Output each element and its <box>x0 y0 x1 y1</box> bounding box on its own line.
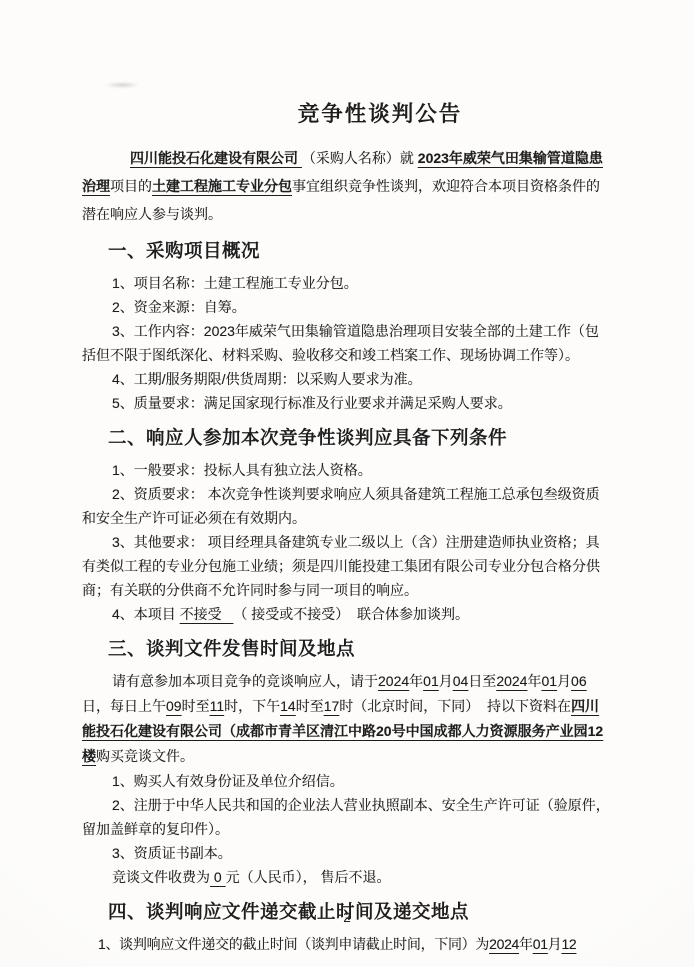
list-item: 2、注册于中华人民共和国的企业法人营业执照副本、安全生产许可证（验原件，留加盖鲜… <box>82 793 612 841</box>
text-run: 3、其他要求： 项目经理具备建筑专业二级以上（含）注册建造师执业资格；具有类似工… <box>82 534 600 598</box>
text-run: 1、项目名称：土建工程施工专业分包。 <box>112 275 358 291</box>
underlined-text: 2024 <box>496 673 527 689</box>
scan-smudge <box>104 82 140 88</box>
text-run: 时（北京时间，下同） 持以下资料在 <box>339 698 571 714</box>
page-number: 2 <box>0 910 694 925</box>
list-item: 2、资质要求： 本次竞争性谈判要求响应人须具备建筑工程施工总承包叁级资质和安全生… <box>82 482 612 530</box>
text-run: 3、资质证书副本。 <box>112 845 232 861</box>
underlined-text: 12 <box>561 936 576 952</box>
list-item: 1、谈判响应文件递交的截止时间（谈判申请截止时间，下同）为2024年01月12 <box>82 932 612 956</box>
text-run: 请有意参加本项目竞争的竞谈响应人，请于 <box>112 673 378 689</box>
text-run: 1、购买人有效身份证及单位介绍信。 <box>112 773 344 789</box>
list-item: 4、本项目 不接受 （ 接受或不接受） 联合体参加谈判。 <box>82 602 612 626</box>
intro-paragraph: 四川能投石化建设有限公司 （采购人名称）就 2023年威荣气田集输管道隐患治理项… <box>82 144 612 228</box>
text-run: 时，下午 <box>224 698 280 714</box>
underlined-text: 四川能投石化建设有限公司 <box>130 150 302 166</box>
text-run: 时至 <box>182 698 210 714</box>
underlined-text: 14 <box>280 698 296 714</box>
section-1-heading: 一、采购项目概况 <box>108 237 612 263</box>
text-run: 日，每日上午 <box>82 698 166 714</box>
list-item: 3、资质证书副本。 <box>82 841 612 865</box>
text-run: 年 <box>409 673 423 689</box>
text-run: 竞谈文件收费为 <box>112 869 210 885</box>
fee-line: 竞谈文件收费为 0 元（人民币）， 售后不退。 <box>82 865 612 889</box>
text-run: （ 接受或不接受） 联合体参加谈判。 <box>233 606 469 622</box>
text-run: 4、工期/服务期限/供货周期：以采购人要求为准。 <box>112 371 422 387</box>
document-page: 竞争性谈判公告 四川能投石化建设有限公司 （采购人名称）就 2023年威荣气田集… <box>0 0 694 967</box>
underlined-text: 09 <box>166 698 182 714</box>
underlined-text: 01 <box>541 673 557 689</box>
underlined-text: 06 <box>571 673 587 689</box>
underlined-text: 04 <box>453 673 469 689</box>
section-3-heading: 三、谈判文件发售时间及地点 <box>108 635 612 661</box>
text-run: 月 <box>557 673 571 689</box>
text-run: 年 <box>527 673 541 689</box>
underlined-text: 17 <box>324 698 340 714</box>
text-run: 时至 <box>296 698 324 714</box>
list-item: 1、一般要求：投标人具有独立法人资格。 <box>82 458 612 482</box>
document-title: 竞争性谈判公告 <box>115 97 645 128</box>
text-run: 2、资质要求： 本次竞争性谈判要求响应人须具备建筑工程施工总承包叁级资质和安全生… <box>82 486 600 526</box>
text-run: 5、质量要求：满足国家现行标准及行业要求并满足采购人要求。 <box>112 395 512 411</box>
underlined-text: 2024 <box>489 936 519 952</box>
paragraph: 请有意参加本项目竞争的竞谈响应人，请于2024年01月04日至2024年01月0… <box>82 669 612 769</box>
list-item: 2、资金来源：自筹。 <box>82 295 612 319</box>
underlined-text: 01 <box>533 936 548 952</box>
document-content: 竞争性谈判公告 四川能投石化建设有限公司 （采购人名称）就 2023年威荣气田集… <box>82 97 612 956</box>
text-run: 购买竞谈文件。 <box>96 748 194 764</box>
text-run: 1、谈判响应文件递交的截止时间（谈判申请截止时间，下同）为 <box>98 936 489 952</box>
list-item: 3、其他要求： 项目经理具备建筑专业二级以上（含）注册建造师执业资格；具有类似工… <box>82 530 612 602</box>
text-run: 项目的 <box>110 178 152 194</box>
underlined-text: 2024 <box>378 673 409 689</box>
underlined-text: 土建工程施工专业分包 <box>152 178 292 194</box>
text-run: （采购人名称）就 <box>302 150 418 166</box>
text-run: 月 <box>439 673 453 689</box>
text-run: 3、工作内容：2023年威荣气田集输管道隐患治理项目安装全部的土建工作（包括但不… <box>82 323 599 363</box>
underlined-text: 11 <box>210 698 225 714</box>
list-item: 1、购买人有效身份证及单位介绍信。 <box>82 769 612 793</box>
list-item: 1、项目名称：土建工程施工专业分包。 <box>82 271 612 295</box>
text-run: 2、资金来源：自筹。 <box>112 299 246 315</box>
underlined-text: 不接受 <box>180 606 234 622</box>
text-run: 元（人民币）， 售后不退。 <box>226 869 391 885</box>
list-item: 3、工作内容：2023年威荣气田集输管道隐患治理项目安装全部的土建工作（包括但不… <box>82 319 612 367</box>
text-run: 4、本项目 <box>112 606 180 622</box>
underlined-text: 01 <box>423 673 439 689</box>
text-run: 日至 <box>468 673 496 689</box>
text-run: 2、注册于中华人民共和国的企业法人营业执照副本、安全生产许可证（验原件，留加盖鲜… <box>82 797 610 837</box>
list-item: 4、工期/服务期限/供货周期：以采购人要求为准。 <box>82 367 612 391</box>
section-2-heading: 二、响应人参加本次竞争性谈判应具备下列条件 <box>108 424 612 450</box>
text-run: 月 <box>548 936 562 952</box>
text-run: 1、一般要求：投标人具有独立法人资格。 <box>112 462 372 478</box>
underlined-text: 0 <box>210 869 226 885</box>
text-run: 年 <box>519 936 533 952</box>
list-item: 5、质量要求：满足国家现行标准及行业要求并满足采购人要求。 <box>82 391 612 415</box>
